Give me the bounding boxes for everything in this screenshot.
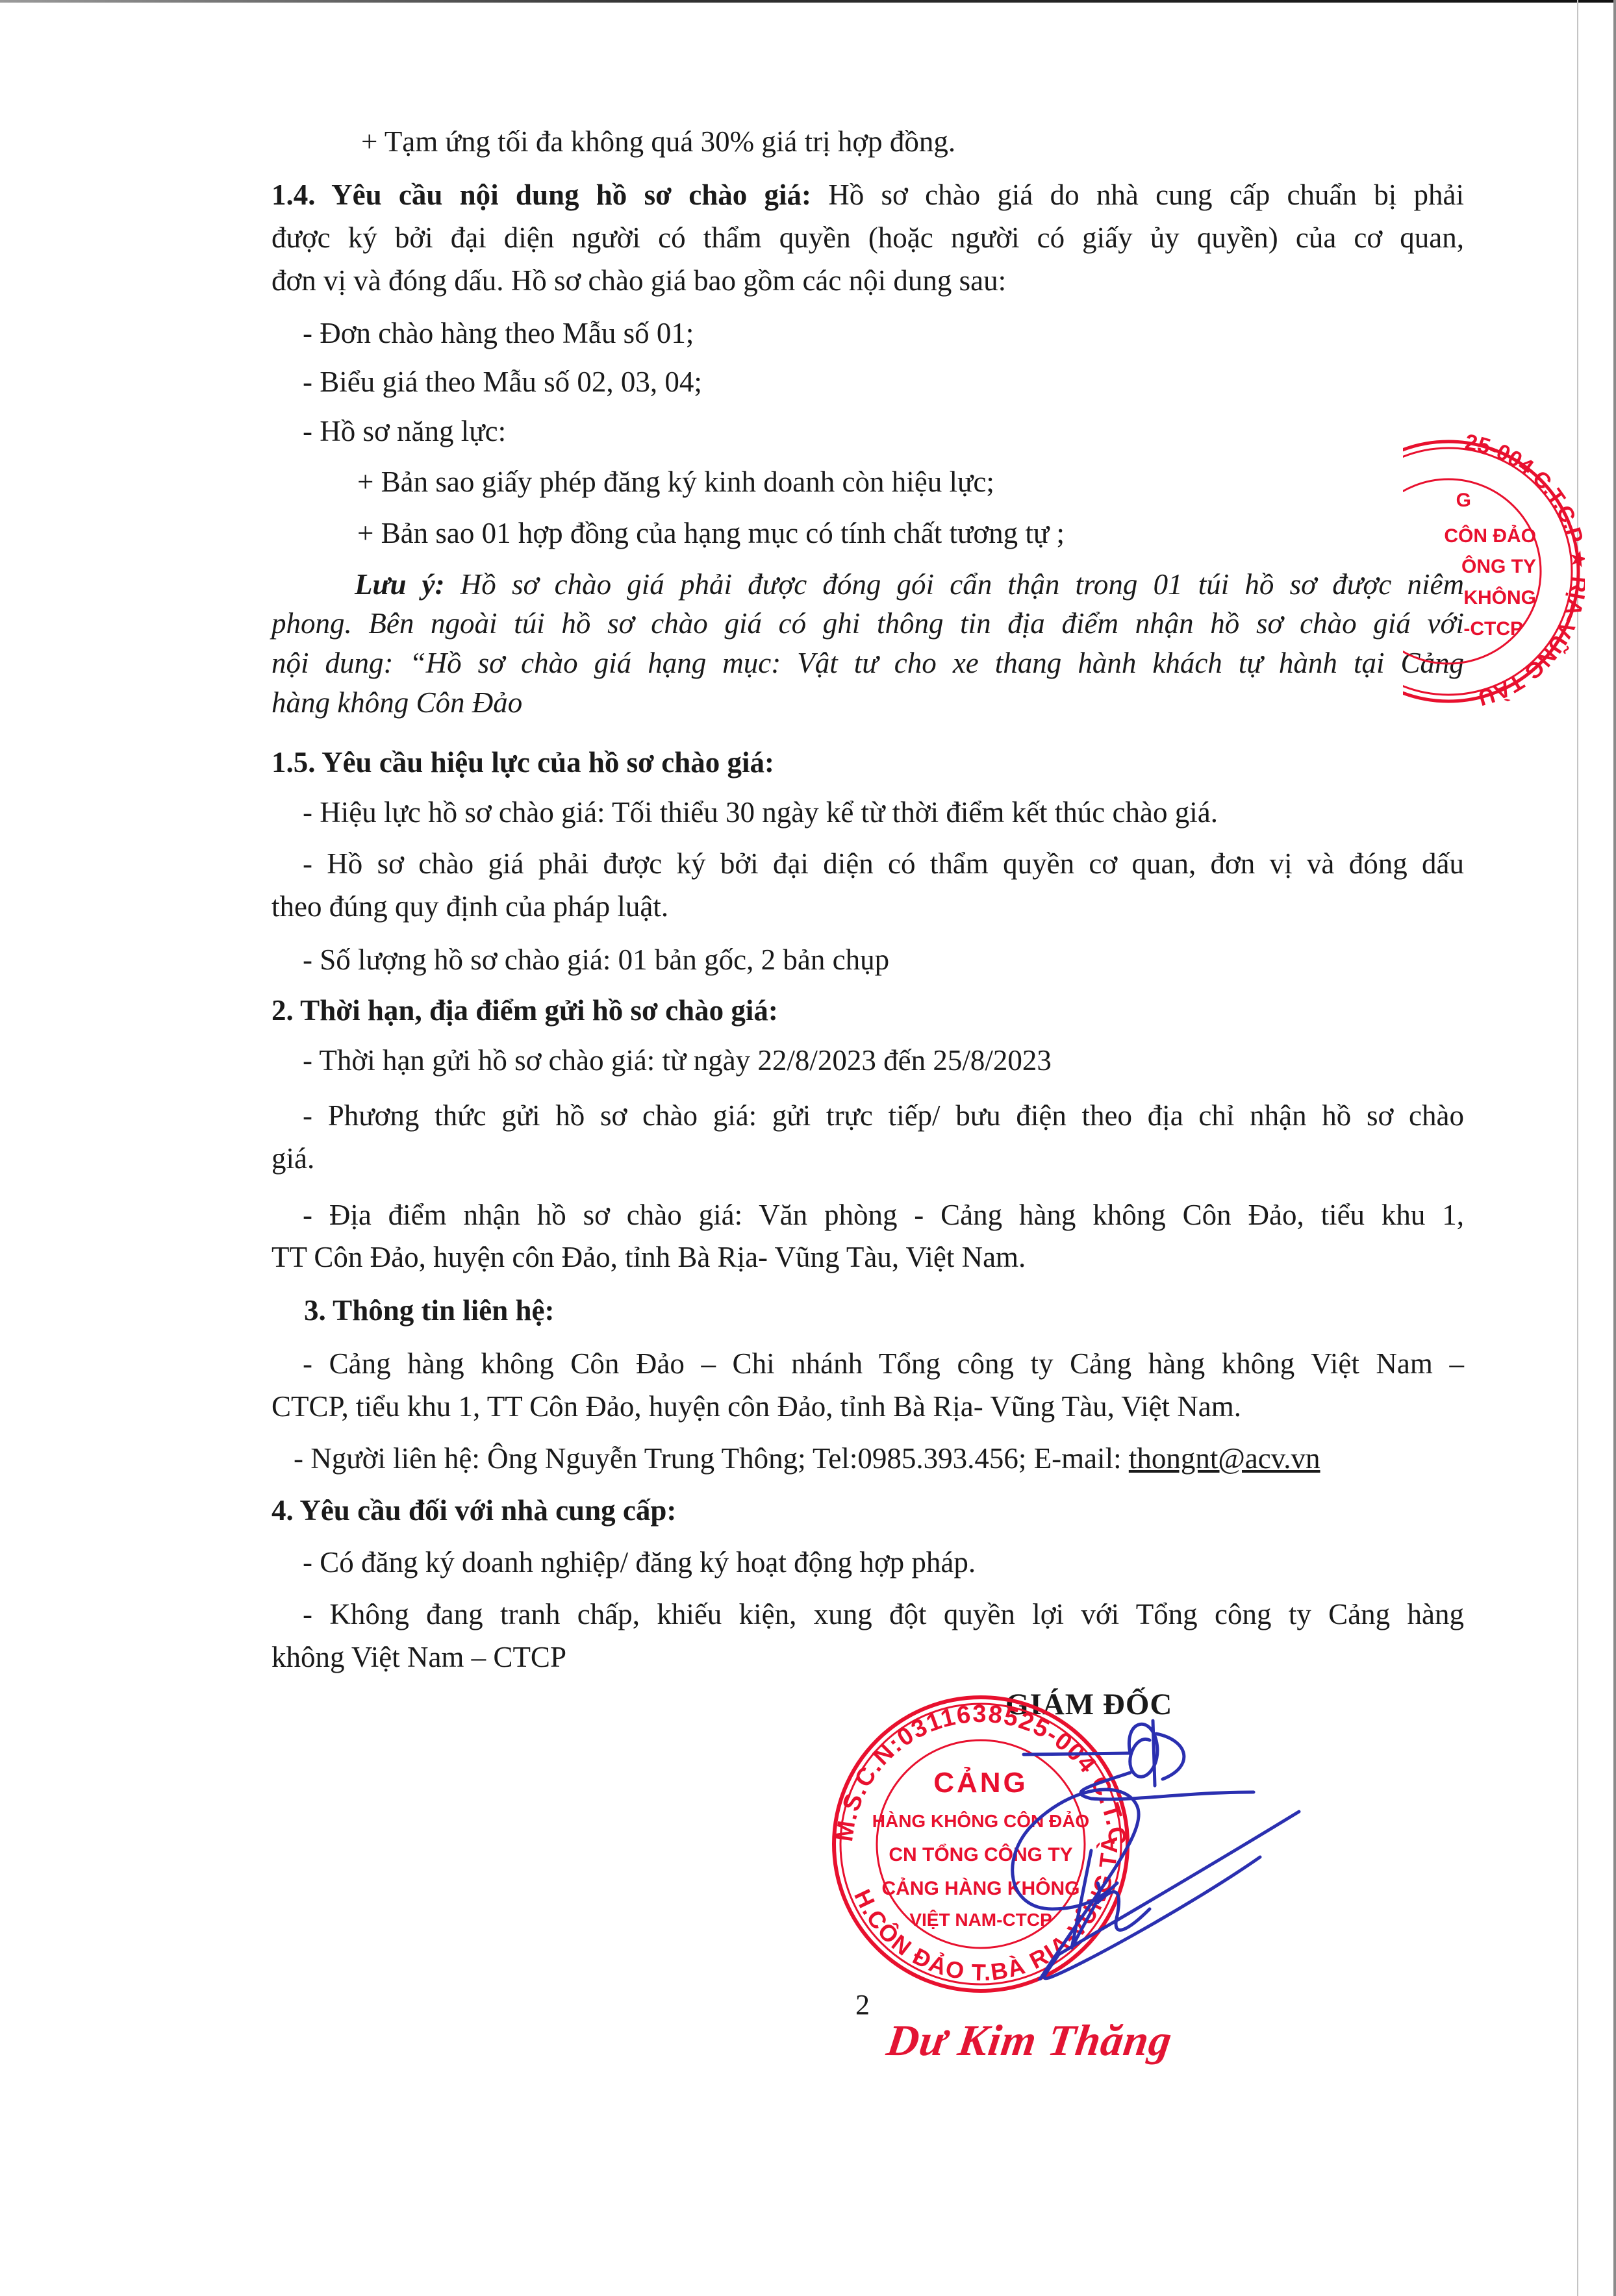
section-3-title: 3. Thông tin liên hệ: bbox=[304, 1292, 555, 1329]
document-page: + Tạm ứng tối đa không quá 30% giá trị h… bbox=[0, 0, 1616, 2296]
section-1-5-title: 1.5. Yêu cầu hiệu lực của hồ sơ chào giá… bbox=[271, 744, 774, 780]
section-1-4-title: 1.4. Yêu cầu nội dung hồ sơ chào giá: bbox=[271, 179, 811, 211]
list-item-no-dispute-line-1: - Không đang tranh chấp, khiếu kiện, xun… bbox=[303, 1596, 1464, 1632]
svg-text:G: G bbox=[1456, 490, 1471, 511]
list-item-offer-form: - Đơn chào hàng theo Mẫu số 01; bbox=[303, 315, 694, 351]
list-item-location-line-1: - Địa điểm nhận hồ sơ chào giá: Văn phòn… bbox=[303, 1197, 1464, 1233]
signer-name-stamp: Dư Kim Thăng bbox=[883, 2015, 1175, 2066]
list-item-method-line-1: - Phương thức gửi hồ sơ chào giá: gửi tr… bbox=[303, 1097, 1464, 1134]
note-label: Lưu ý: bbox=[355, 568, 445, 601]
svg-text:-CTCP: -CTCP bbox=[1463, 618, 1523, 640]
list-item-registration: - Có đăng ký doanh nghiệp/ đăng ký hoạt … bbox=[303, 1544, 976, 1580]
sub-item-similar-contract: + Bản sao 01 hợp đồng của hạng mục có tí… bbox=[357, 515, 1065, 551]
contact-person-line: - Người liên hệ: Ông Nguyễn Trung Thông;… bbox=[294, 1440, 1320, 1477]
list-item-no-dispute-line-2: không Việt Nam – CTCP bbox=[271, 1639, 566, 1675]
contact-org-line-1: - Cảng hàng không Côn Đảo – Chi nhánh Tổ… bbox=[303, 1345, 1464, 1382]
list-item-deadline: - Thời hạn gửi hồ sơ chào giá: từ ngày 2… bbox=[303, 1042, 1052, 1079]
contact-org-line-2: CTCP, tiểu khu 1, TT Côn Đảo, huyện côn … bbox=[271, 1388, 1241, 1425]
list-item-capability-profile: - Hồ sơ năng lực: bbox=[303, 413, 506, 449]
note-line-4: hàng không Côn Đảo bbox=[271, 684, 522, 721]
handwritten-signature bbox=[935, 1695, 1338, 1980]
list-item-copies: - Số lượng hồ sơ chào giá: 01 bản gốc, 2… bbox=[303, 942, 889, 978]
note-line-1: Lưu ý: Hồ sơ chào giá phải được đóng gói… bbox=[355, 566, 1464, 603]
list-item-method-line-2: giá. bbox=[271, 1140, 314, 1177]
svg-text:ÔNG TY: ÔNG TY bbox=[1461, 555, 1536, 577]
email-link[interactable]: thongnt@acv.vn bbox=[1129, 1442, 1320, 1475]
section-4-title: 4. Yêu cầu đối với nhà cung cấp: bbox=[271, 1492, 676, 1529]
advance-payment-line: + Tạm ứng tối đa không quá 30% giá trị h… bbox=[361, 123, 955, 160]
section-1-4-line-3: đơn vị và đóng dấu. Hồ sơ chào giá bao g… bbox=[271, 262, 1006, 299]
section-2-title: 2. Thời hạn, địa điểm gửi hồ sơ chào giá… bbox=[271, 992, 778, 1029]
svg-text:KHÔNG: KHÔNG bbox=[1463, 586, 1536, 608]
list-item-signed-stamped-line-1: - Hồ sơ chào giá phải được ký bởi đại di… bbox=[303, 845, 1464, 882]
company-stamp-partial: 25-004 C.T.C.P ★ RỊA-VŨNG TÀU G CÔN ĐẢO … bbox=[1403, 416, 1585, 721]
section-1-4-line-1: 1.4. Yêu cầu nội dung hồ sơ chào giá: Hồ… bbox=[271, 177, 1464, 213]
list-item-price-schedule: - Biểu giá theo Mẫu số 02, 03, 04; bbox=[303, 364, 702, 400]
note-line-2: phong. Bên ngoài túi hồ sơ chào giá có g… bbox=[271, 605, 1464, 642]
svg-text:CÔN ĐẢO: CÔN ĐẢO bbox=[1444, 525, 1536, 547]
section-1-4-line-2: được ký bởi đại diện người có thẩm quyền… bbox=[271, 219, 1464, 256]
page-number: 2 bbox=[855, 1988, 870, 2021]
list-item-validity: - Hiệu lực hồ sơ chào giá: Tối thiểu 30 … bbox=[303, 794, 1218, 830]
note-line-3: nội dung: “Hồ sơ chào giá hạng mục: Vật … bbox=[271, 645, 1464, 681]
list-item-signed-stamped-line-2: theo đúng quy định của pháp luật. bbox=[271, 888, 668, 925]
list-item-location-line-2: TT Côn Đảo, huyện côn Đảo, tỉnh Bà Rịa- … bbox=[271, 1239, 1026, 1275]
sub-item-business-license: + Bản sao giấy phép đăng ký kinh doanh c… bbox=[357, 464, 994, 500]
